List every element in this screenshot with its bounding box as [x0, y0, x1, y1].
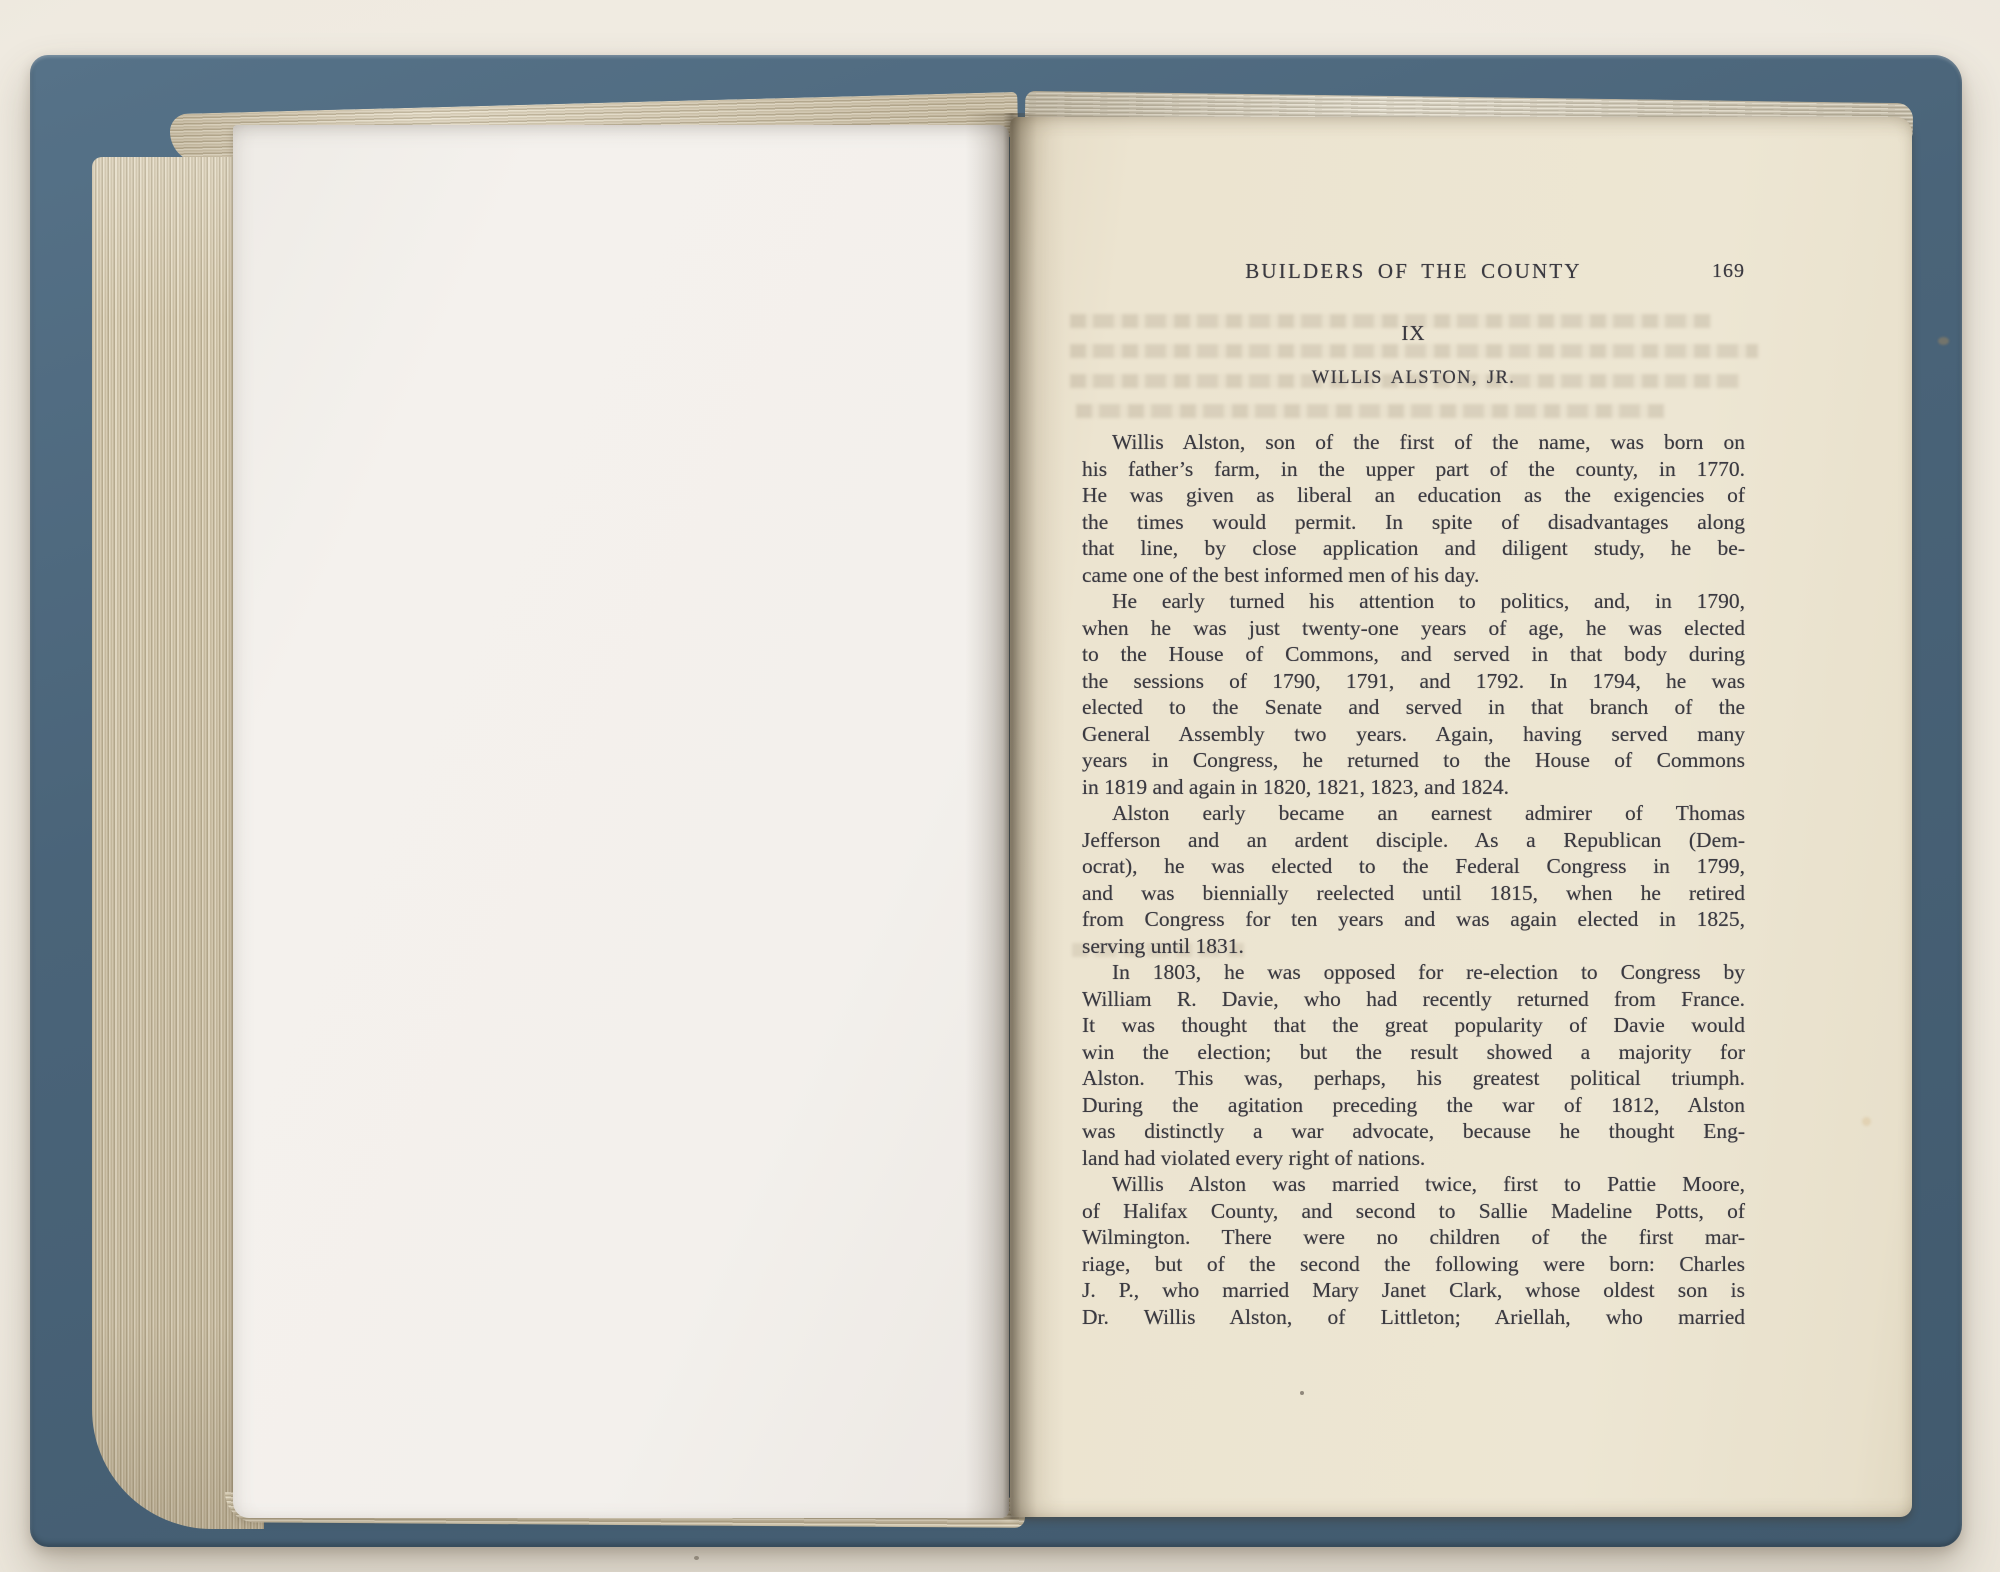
text-line: in 1819 and again in 1820, 1821, 1823, a…: [1082, 774, 1745, 801]
text-line: Dr. Willis Alston, of Littleton; Ariella…: [1082, 1304, 1745, 1331]
text-line: win the election; but the result showed …: [1082, 1039, 1745, 1066]
body-text: Willis Alston, son of the first of the n…: [1082, 429, 1745, 1330]
text-line: He early turned his attention to politic…: [1082, 588, 1745, 615]
paragraph: Willis Alston was married twice, first t…: [1082, 1171, 1745, 1330]
text-line: that line, by close application and dili…: [1082, 535, 1745, 562]
right-page: BUILDERS OF THE COUNTY 169 IX WILLIS ALS…: [1010, 117, 1912, 1517]
paragraph: Willis Alston, son of the first of the n…: [1082, 429, 1745, 588]
text-line: General Assembly two years. Again, havin…: [1082, 721, 1745, 748]
page-number: 169: [1712, 260, 1745, 283]
text-line: William R. Davie, who had recently retur…: [1082, 986, 1745, 1013]
text-line: to the House of Commons, and served in t…: [1082, 641, 1745, 668]
foxing-spot: [1862, 1117, 1871, 1126]
text-line: J. P., who married Mary Janet Clark, who…: [1082, 1277, 1745, 1304]
running-head-title: BUILDERS OF THE COUNTY: [1245, 259, 1582, 283]
paragraph: In 1803, he was opposed for re-election …: [1082, 959, 1745, 1171]
ink-speck: [1300, 1391, 1304, 1395]
text-line: and was biennially reelected until 1815,…: [1082, 880, 1745, 907]
text-line: riage, but of the second the following w…: [1082, 1251, 1745, 1278]
foxing-spot: [1938, 337, 1949, 345]
text-line: elected to the Senate and served in that…: [1082, 694, 1745, 721]
text-line: his father’s farm, in the upper part of …: [1082, 456, 1745, 483]
text-line: the times would permit. In spite of disa…: [1082, 509, 1745, 536]
paragraph: He early turned his attention to politic…: [1082, 588, 1745, 800]
chapter-title: WILLIS ALSTON, JR.: [1082, 368, 1745, 389]
text-line: years in Congress, he returned to the Ho…: [1082, 747, 1745, 774]
show-through-text: [1070, 344, 1758, 358]
text-line: Alston. This was, perhaps, his greatest …: [1082, 1065, 1745, 1092]
text-line: Willis Alston, son of the first of the n…: [1082, 429, 1745, 456]
text-line: when he was just twenty-one years of age…: [1082, 615, 1745, 642]
show-through-text: [1076, 404, 1664, 418]
photo-of-open-book: BUILDERS OF THE COUNTY 169 IX WILLIS ALS…: [0, 0, 2000, 1572]
text-line: Willis Alston was married twice, first t…: [1082, 1171, 1745, 1198]
page-content: BUILDERS OF THE COUNTY 169 IX WILLIS ALS…: [1082, 117, 1745, 1517]
left-page-blank: [233, 125, 1009, 1518]
text-line: the sessions of 1790, 1791, and 1792. In…: [1082, 668, 1745, 695]
paragraph: Alston early became an earnest admirer o…: [1082, 800, 1745, 959]
text-line: He was given as liberal an education as …: [1082, 482, 1745, 509]
text-line: was distinctly a war advocate, because h…: [1082, 1118, 1745, 1145]
text-line: land had violated every right of nations…: [1082, 1145, 1745, 1172]
text-line: of Halifax County, and second to Sallie …: [1082, 1198, 1745, 1225]
text-line: Jefferson and an ardent disciple. As a R…: [1082, 827, 1745, 854]
table-speck: [694, 1556, 699, 1560]
running-head: BUILDERS OF THE COUNTY 169: [1082, 259, 1745, 284]
text-line: In 1803, he was opposed for re-election …: [1082, 959, 1745, 986]
text-line: It was thought that the great popularity…: [1082, 1012, 1745, 1039]
text-line: came one of the best informed men of his…: [1082, 562, 1745, 589]
chapter-number: IX: [1082, 321, 1745, 346]
text-line: serving until 1831.: [1082, 933, 1745, 960]
text-line: ocrat), he was elected to the Federal Co…: [1082, 853, 1745, 880]
text-line: from Congress for ten years and was agai…: [1082, 906, 1745, 933]
book-cover: BUILDERS OF THE COUNTY 169 IX WILLIS ALS…: [30, 55, 1962, 1547]
text-line: Alston early became an earnest admirer o…: [1082, 800, 1745, 827]
text-line: During the agitation preceding the war o…: [1082, 1092, 1745, 1119]
text-line: Wilmington. There were no children of th…: [1082, 1224, 1745, 1251]
